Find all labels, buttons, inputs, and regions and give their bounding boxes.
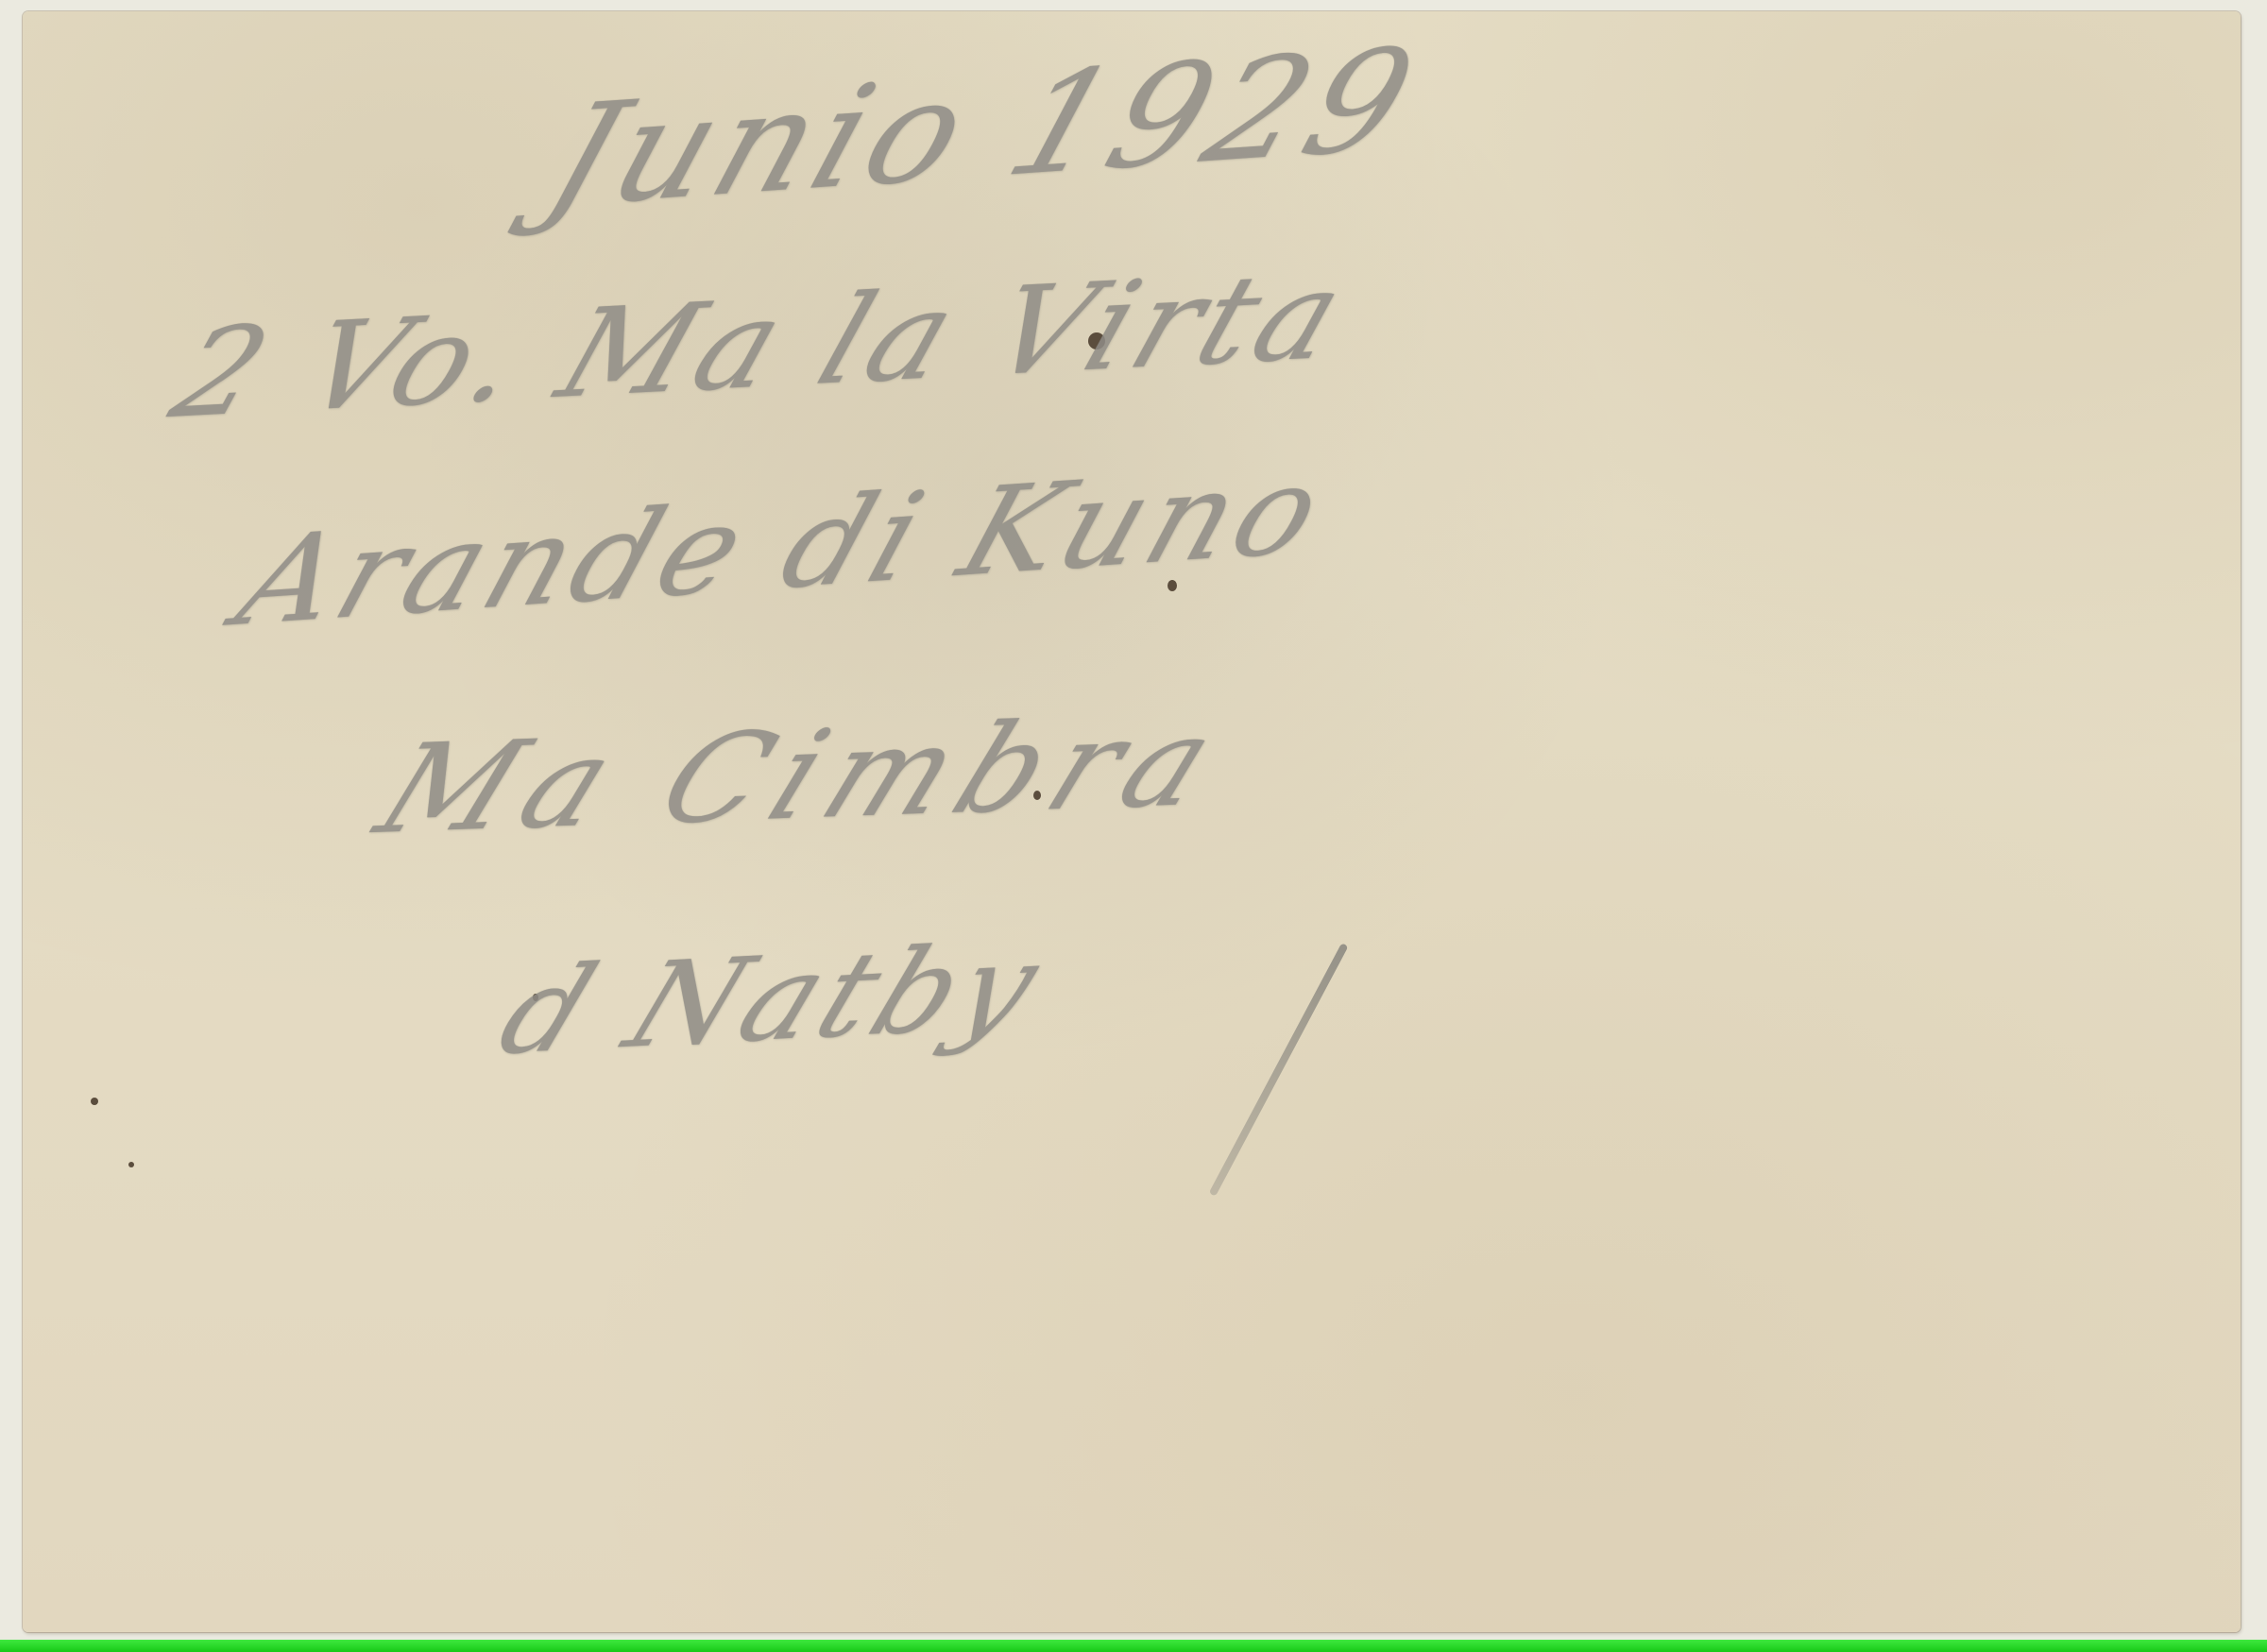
ink-spot [91, 1098, 98, 1105]
ink-spot [128, 1162, 134, 1167]
footer-color-bar [0, 1640, 2267, 1652]
